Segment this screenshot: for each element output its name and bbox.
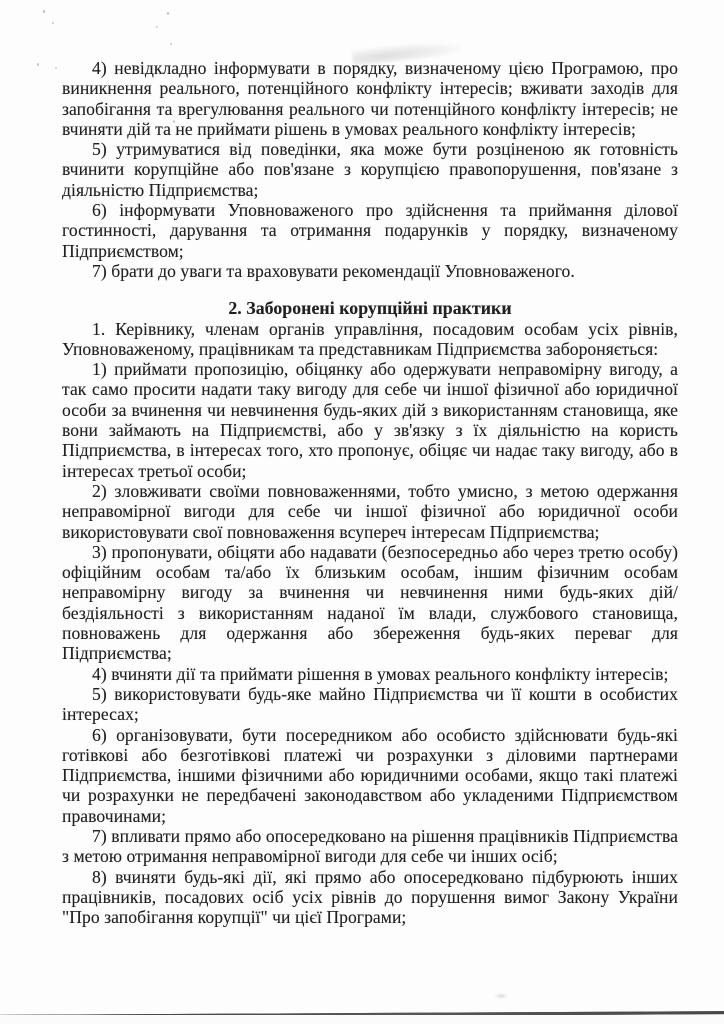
section-heading: 2. Заборонені корупційні практики [62, 298, 678, 318]
document-paragraph: 6) організовувати, бути посередником або… [62, 725, 678, 826]
document-paragraph: 6) інформувати Уповноваженого про здійсн… [62, 200, 678, 261]
scan-speck [55, 67, 57, 69]
scan-smudge [494, 993, 508, 999]
document-paragraph: 1) приймати пропозицію, обіцянку або оде… [62, 359, 678, 481]
scan-speck [156, 26, 158, 28]
document-paragraph: 8) вчиняти будь-які дії, які прямо або о… [62, 867, 678, 928]
document-paragraph: 5) утримуватися від поведінки, яка може … [62, 139, 678, 200]
document-paragraph: 5) використовувати будь-яке майно Підпри… [62, 684, 678, 725]
numbered-clauses-section: 1. Керівнику, членам органів управління,… [62, 319, 678, 928]
document-paragraph: 3) пропонувати, обіцяти або надавати (бе… [62, 542, 678, 664]
scan-speck [37, 63, 39, 66]
document-paragraph: 2) зловживати своїми повноваженнями, тоб… [62, 481, 678, 542]
document-paragraph: 4) вчиняти дії та приймати рішення в умо… [62, 664, 678, 684]
numbered-clauses-top: 4) невідкладно інформувати в порядку, ви… [62, 58, 678, 281]
scan-speck [170, 43, 172, 45]
document-paragraph: 4) невідкладно інформувати в порядку, ви… [62, 58, 678, 139]
scanned-document-page: 4) невідкладно інформувати в порядку, ви… [0, 0, 724, 1024]
scan-edge-margin [0, 1015, 724, 1024]
document-paragraph: 1. Керівнику, членам органів управління,… [62, 319, 678, 360]
document-body: 4) невідкладно інформувати в порядку, ви… [62, 58, 678, 927]
document-paragraph: 7) впливати прямо або опосередковано на … [62, 826, 678, 867]
scan-speck [167, 12, 169, 15]
scan-speck [52, 22, 54, 24]
document-paragraph: 7) брати до уваги та враховувати рекомен… [62, 261, 678, 281]
scan-speck [43, 10, 45, 13]
